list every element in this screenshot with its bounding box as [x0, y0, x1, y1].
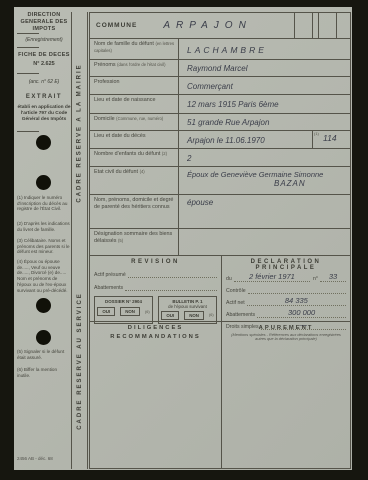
enregistrement-label: (Enregistrement)	[17, 37, 71, 43]
etat-civil-value: Époux de Geneviève Germaine Simonne	[187, 170, 323, 179]
row-sublabel: (2)	[162, 151, 167, 156]
vertical-band-mairie: CADRE RESERVE A LA MAIRIE	[72, 12, 87, 254]
bulletin-box: BULLETIN P. 1 de l'époux survivant OUI N…	[158, 296, 217, 324]
punch-hole	[36, 298, 51, 313]
row-label: Nom de famille du défunt	[94, 41, 154, 47]
main-form: COMMUNE ARPAJON Nom de famille du défunt…	[89, 12, 351, 469]
declaration-title: DECLARATION PRINCIPALE	[226, 257, 346, 271]
row-prenoms: Prénoms (dans l'ordre de l'état civil) R…	[90, 60, 350, 77]
declaration-number-value: 33	[329, 272, 337, 281]
commune-value: ARPAJON	[163, 20, 252, 31]
row-label: Lieu et date du décès	[94, 133, 146, 139]
row-enfants: Nombre d'enfants du défunt (2) 2	[90, 149, 350, 167]
row-biens-delaisses: Désignation sommaire des biens délaissés…	[90, 229, 350, 256]
footnote-4: (4) Époux ou épouse de....., Veuf ou veu…	[17, 259, 71, 293]
agency-title: DIRECTION GENERALE DES IMPOTS	[17, 12, 71, 33]
divider	[17, 73, 39, 74]
row-label: Désignation sommaire des biens délaissés	[94, 231, 172, 244]
dossier-marker: (6)	[145, 310, 150, 314]
dossier-box: DOSSIER N° 2904 OUI NON (6)	[94, 296, 153, 324]
declaration-date-line: du 2 février 1971 n° 33	[226, 273, 346, 282]
row-naissance: Lieu et date de naissance 12 mars 1915 P…	[90, 95, 350, 114]
row-profession: Profession Commerçant	[90, 77, 350, 95]
row-nom-de-famille: Nom de famille du défunt (en lettres cap…	[90, 39, 350, 60]
registry-number-cell: (1) 114	[312, 131, 350, 148]
footnote-5: (5) Signaler si le défunt était assuré.	[17, 349, 71, 360]
extrait-title: EXTRAIT	[17, 94, 71, 102]
row-domicile: Domicile (Commune, rue, numéro) 51 grand…	[90, 114, 350, 131]
footnote-6: (6) Biffer la mention inutile.	[17, 367, 71, 378]
domicile-value: 51 grande Rue Arpajon	[187, 118, 269, 127]
former-ref: (anc. n° 62 E)	[17, 79, 71, 85]
row-sublabel: (4)	[140, 169, 145, 174]
row-sublabel: (5)	[118, 238, 123, 243]
diligences-blank-area	[90, 341, 221, 468]
row-sublabel: (dans l'ordre de l'état civil)	[117, 62, 165, 67]
commune-label: COMMUNE	[90, 22, 137, 29]
divider	[17, 47, 39, 48]
footnote-2: (2) D'après les indications du livret de…	[17, 221, 71, 232]
vertical-band-strip: CADRE RESERVE A LA MAIRIE CADRE RESERVE …	[71, 12, 88, 469]
bulletin-subtitle: de l'époux survivant	[161, 304, 214, 309]
punch-hole	[36, 175, 51, 190]
row-etat-civil: Etat civil du défunt (4) Époux de Genevi…	[90, 167, 350, 195]
row-sublabel: (Commune, rue, numéro)	[116, 116, 163, 121]
row-label: Nom, prénoms, domicile et degré de paren…	[94, 197, 173, 210]
actif-presume-blank	[128, 269, 217, 278]
footnote-1: (1) Indiquer le numéro d'inscription du …	[17, 195, 71, 212]
nom-value: LACHAMBRE	[187, 45, 267, 55]
row-label: Nombre d'enfants du défunt	[94, 151, 160, 157]
naissance-value: 12 mars 1915 Paris 6ème	[187, 100, 279, 109]
row-label: Profession	[94, 79, 119, 85]
form-number: N° 2.625	[17, 61, 71, 68]
registry-marker: (1)	[314, 131, 319, 136]
profession-value: Commerçant	[187, 82, 233, 91]
actif-presume-line: Actif présumé	[94, 269, 217, 278]
row-label: Prénoms	[94, 62, 116, 68]
prenoms-value: Raymond Marcel	[187, 64, 247, 73]
actif-net-line: Actif net 84 335	[226, 297, 346, 306]
dossier-non-checkbox: NON	[120, 307, 140, 316]
bulletin-marker: (6)	[209, 313, 214, 317]
declaration-abattements-value: 300 000	[288, 308, 315, 317]
registry-number: 114	[323, 133, 337, 143]
heritiers-value: épouse	[187, 198, 213, 207]
apurement-blank-area	[222, 342, 350, 468]
fiche-de-deces-card: DIRECTION GENERALE DES IMPOTS (Enregistr…	[14, 7, 352, 470]
code-box-tick	[294, 13, 295, 38]
controle-line: Contrôle	[226, 285, 346, 294]
bulletin-oui-checkbox: OUI	[161, 311, 179, 320]
row-label: Lieu et date de naissance	[94, 97, 155, 103]
row-deces: Lieu et date du décès Arpajon le 11.06.1…	[90, 131, 350, 149]
administrative-zone: REVISION Actif présumé Abattements DOSSI…	[90, 256, 350, 468]
declaration-date-value: 2 février 1971	[249, 272, 295, 281]
vertical-band-service: CADRE RESERVE AU SERVICE	[72, 254, 87, 467]
dossier-oui-checkbox: OUI	[97, 307, 115, 316]
row-heritiers: Nom, prénoms, domicile et degré de paren…	[90, 195, 350, 229]
droits-simples-value: —	[300, 320, 308, 329]
code-box-tick	[336, 13, 337, 38]
punch-hole	[36, 330, 51, 345]
code-box-tick	[312, 13, 313, 38]
abattements-blank	[125, 282, 217, 291]
form-name: FICHE DE DECES	[17, 52, 71, 59]
declaration-abattements-line: Abattements 300 000	[226, 309, 346, 318]
revision-title: REVISION	[94, 257, 217, 265]
abattements-line: Abattements	[94, 282, 217, 291]
diligences-header: DILIGENCES RECOMMANDATIONS	[90, 321, 221, 341]
row-label: Etat civil du défunt	[94, 169, 138, 175]
divider	[17, 131, 39, 132]
punch-hole	[36, 135, 51, 150]
enfants-value: 2	[187, 154, 191, 163]
dossier-title: DOSSIER N° 2904	[97, 299, 150, 304]
revision-section: REVISION Actif présumé Abattements DOSSI…	[90, 256, 222, 468]
actif-net-value: 84 335	[285, 296, 308, 305]
code-box-tick	[318, 13, 319, 38]
bulletin-non-checkbox: NON	[184, 311, 204, 320]
declaration-section: DECLARATION PRINCIPALE du 2 février 1971…	[222, 256, 350, 468]
divider	[17, 33, 39, 34]
footnote-3: (3) Célibataire. Noms et prénoms des par…	[17, 238, 71, 255]
row-label: Domicile	[94, 116, 115, 122]
etat-civil-value-2: BAZAN	[274, 179, 306, 188]
apurement-header: APUREMENT (Mentions spéciales - Référenc…	[222, 321, 350, 342]
commune-row: COMMUNE ARPAJON	[90, 13, 350, 39]
extrait-note: établi en application de l'article 797 d…	[17, 105, 71, 123]
form-print-reference: 2456 AB - déc. 68	[17, 456, 53, 461]
deces-value: Arpajon le 11.06.1970	[187, 136, 265, 145]
